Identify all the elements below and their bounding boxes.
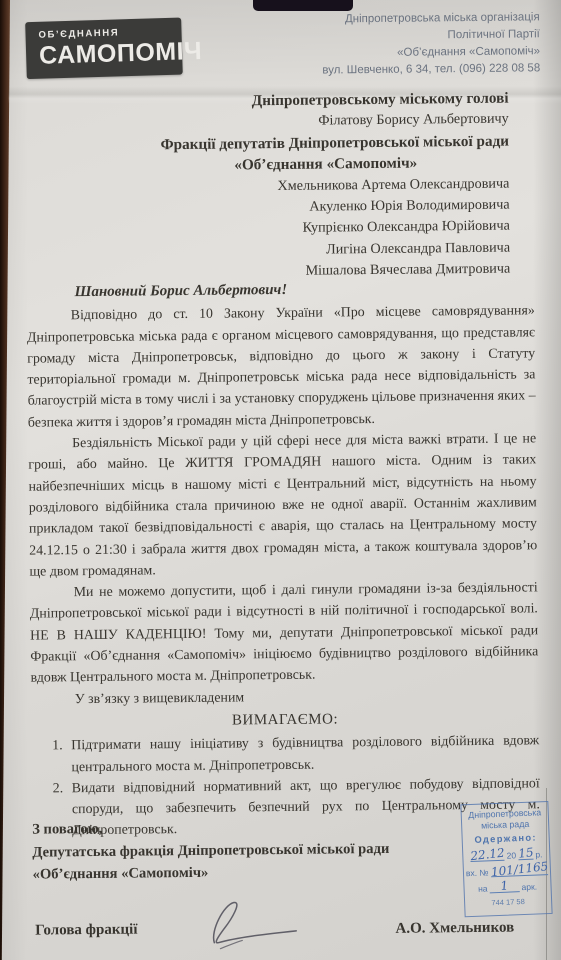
stamp-reg-label: вх. № xyxy=(466,867,489,878)
stamp-received-label: Одержано: xyxy=(463,832,549,846)
demand-item: 1. Підтримати нашу ініціативу з будівниц… xyxy=(31,731,539,779)
handwritten-sheets-count: 1 xyxy=(500,879,509,892)
org-address-line: вул. Шевченко, 6 34, тел. (096) 228 08 5… xyxy=(240,60,540,80)
addressee-block: Дніпропетровському міському голові Філат… xyxy=(68,88,510,285)
stamp-phone: 744 17 58 xyxy=(465,895,551,909)
demand-heading: ВИМАГАЄМО: xyxy=(31,707,539,734)
salutation: Шановний Борис Альбертович! xyxy=(74,277,534,303)
item-text: Підтримати нашу ініціативу з будівництва… xyxy=(71,734,539,775)
stamp-sheets-label-left: на xyxy=(478,883,488,893)
paragraph: Бездіяльність Міської ради у цій сфері н… xyxy=(28,428,538,582)
sender-party: «Об’єднання «Самопоміч» xyxy=(69,153,417,178)
stamp-year-suffix: р. xyxy=(535,849,542,859)
paragraph: Ми не можемо допустити, щоб і далі гинул… xyxy=(30,577,539,689)
item-number: 2. xyxy=(53,778,64,799)
logo-text-large: САМОПОМІЧ xyxy=(39,38,183,71)
closing-line: «Об’єднання «Самопоміч» xyxy=(33,860,390,886)
handwritten-date: 22.12 xyxy=(470,847,505,863)
closing-line: Депутатська фракція Дніпропетровської мі… xyxy=(32,837,389,863)
stamp-year-prefix: 20 xyxy=(506,850,516,860)
signer-title: Голова фракції xyxy=(35,922,137,940)
letter-content: ОБ’ЄДНАННЯ САМОПОМІЧ Дніпропетровська мі… xyxy=(0,0,561,960)
handwritten-year: 15 xyxy=(517,846,533,860)
signer-name: А.О. Хмельников xyxy=(395,920,514,938)
stamp-sheets-label-right: арк. xyxy=(521,882,537,893)
item-number: 1. xyxy=(52,736,63,757)
sender-fraction: Фракції депутатів Дніпропетровської місь… xyxy=(69,130,509,156)
registration-stamp: Дніпропетровська міська рада Одержано: 2… xyxy=(460,801,552,917)
stamp-reg-row: вх. № 101/1165 xyxy=(464,862,550,878)
letter-body: Шановний Борис Альбертович! Відповідно д… xyxy=(26,277,540,842)
document-photo: ОБ’ЄДНАННЯ САМОПОМІЧ Дніпропетровська мі… xyxy=(0,0,561,960)
party-logo: ОБ’ЄДНАННЯ САМОПОМІЧ xyxy=(25,18,183,80)
handwritten-signature xyxy=(190,892,311,955)
closing-block: З повагою, Депутатська фракція Дніпропет… xyxy=(32,815,390,886)
letterhead-org-block: Дніпропетровська міська організація Полі… xyxy=(240,9,541,80)
stamp-sheets-row: на 1 арк. xyxy=(464,878,550,894)
paragraph: Відповідно до ст. 10 Закону України «Про… xyxy=(27,301,536,434)
handwritten-reg-number: 101/1165 xyxy=(490,860,548,878)
lead-in-line: У зв’язку з вищевикладеним xyxy=(31,684,539,711)
